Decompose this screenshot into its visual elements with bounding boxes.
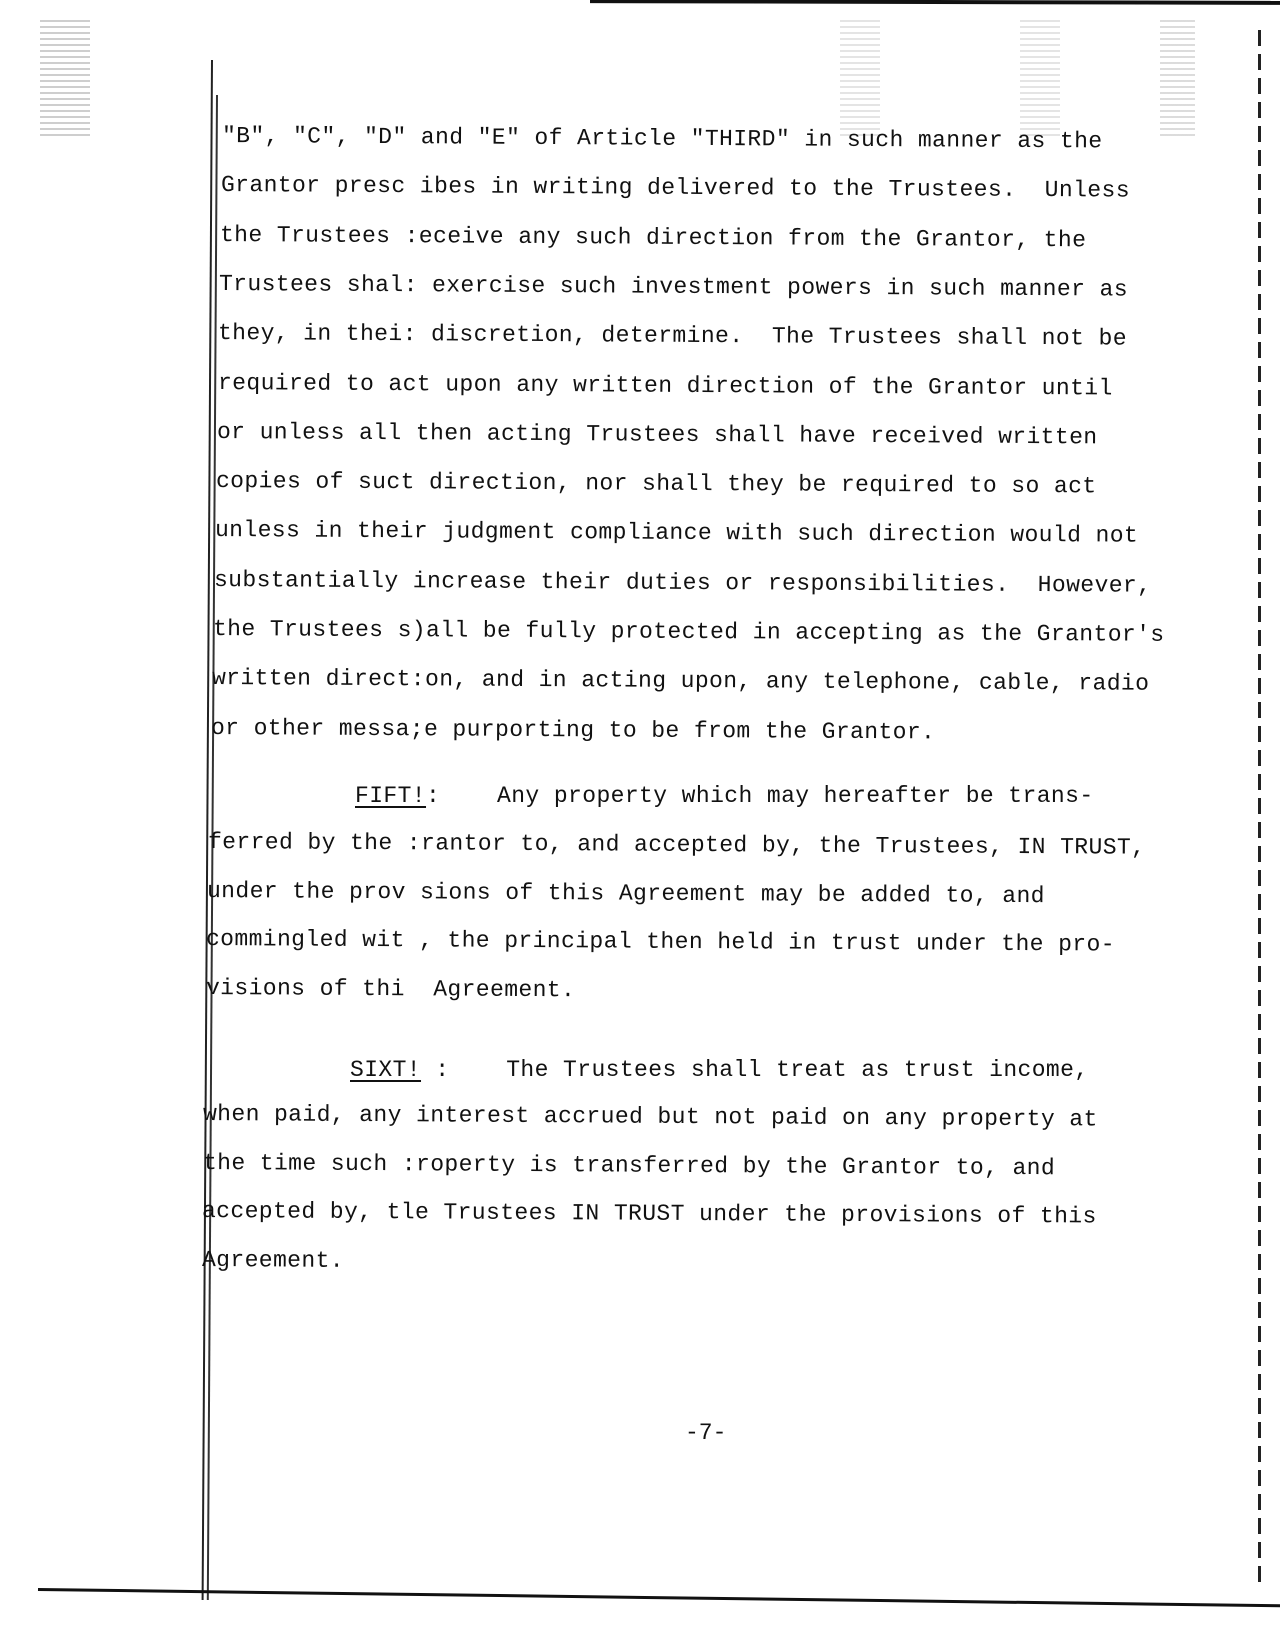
text-line: required to act upon any written directi…: [217, 369, 1112, 402]
text-line: commingled wit , the principal then held…: [206, 925, 1115, 959]
text-line: copies of suct direction, nor shall they…: [216, 467, 1097, 500]
text-line: Trustees shal: exercise such investment …: [219, 270, 1128, 304]
text-line: unless in their judgment compliance with…: [215, 516, 1138, 550]
bottom-scan-edge: [38, 1588, 1280, 1607]
scan-noise: [840, 20, 880, 140]
text-line: Grantor presc ibes in writing delivered …: [221, 171, 1130, 205]
right-margin-line: [1258, 30, 1261, 1590]
text-line: they, in thei: discretion, determine. Th…: [218, 319, 1127, 353]
text-line: visions of thi Agreement.: [206, 974, 575, 1004]
text-line: the Trustees :eceive any such direction …: [220, 221, 1086, 254]
text-line: accepted by, tle Trustees IN TRUST under…: [202, 1197, 1097, 1230]
text-line: when paid, any interest accrued but not …: [203, 1100, 1098, 1133]
text-line: ferred by the :rantor to, and accepted b…: [208, 828, 1146, 862]
article-heading: SIXT!: [350, 1057, 421, 1083]
scanned-page: "B", "C", "D" and "E" of Article "THIRD"…: [0, 0, 1280, 1648]
scan-noise: [1160, 20, 1195, 140]
article-heading: FIFT!: [355, 783, 426, 809]
text-line: the Trustees s)all be fully protected in…: [213, 615, 1165, 649]
text-line: under the prov sions of this Agreement m…: [207, 877, 1045, 910]
text-line: or unless all then acting Trustees shall…: [217, 418, 1098, 451]
fifth-first-line: FIFT!: Any property which may hereafter …: [355, 782, 1094, 810]
text-line: Agreement.: [201, 1246, 343, 1275]
text-line: "B", "C", "D" and "E" of Article "THIRD"…: [222, 122, 1103, 155]
page-number: -7-: [685, 1420, 726, 1446]
scan-noise: [40, 20, 90, 140]
top-scan-edge: [590, 0, 1280, 5]
text-line: substantially increase their duties or r…: [214, 566, 1152, 600]
scan-noise: [1020, 20, 1060, 140]
text-line: written direct:on, and in acting upon, a…: [212, 664, 1150, 698]
text-line: or other messa;e purporting to be from t…: [211, 714, 935, 746]
text-line: the time such :roperty is transferred by…: [202, 1149, 1054, 1182]
sixth-first-line: SIXT! : The Trustees shall treat as trus…: [350, 1056, 1089, 1084]
